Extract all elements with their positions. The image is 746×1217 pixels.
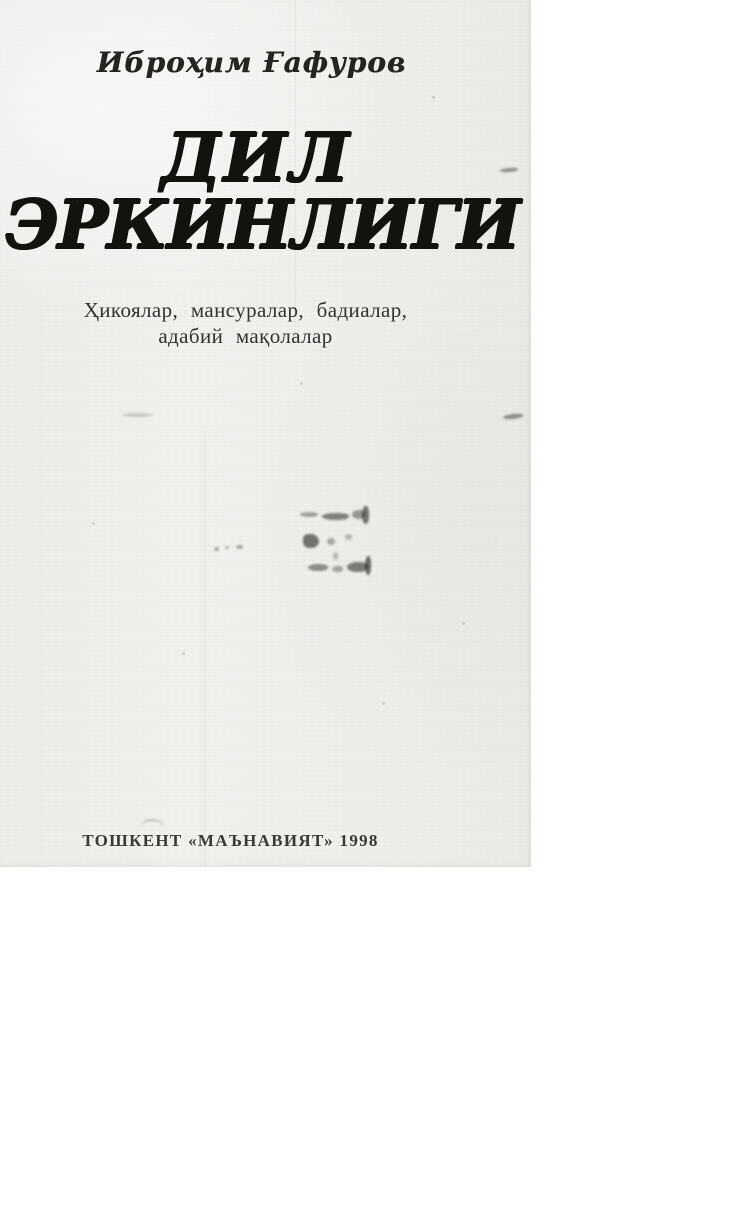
stamp-mark (303, 534, 319, 548)
paper-speck (182, 652, 185, 655)
stamp-mark (308, 564, 328, 571)
paper-speck (92, 522, 95, 525)
publisher-imprint: ТОШКЕНТ «МАЪНАВИЯТ» 1998 (0, 831, 496, 851)
stamp-mark (345, 534, 352, 540)
stamp-mark (214, 547, 219, 551)
stamp-mark (225, 546, 229, 549)
stamp-mark (322, 513, 349, 520)
paper-speck (462, 622, 465, 625)
stamp-mark (300, 512, 318, 517)
edge-smudge (503, 413, 523, 420)
stamp-mark (365, 556, 371, 575)
stamp-mark (332, 566, 343, 572)
stamp-mark (333, 552, 338, 560)
scan-canvas: { "document": { "author": "Иброҳим Ғафур… (0, 0, 746, 1217)
faint-curve (140, 819, 164, 828)
scanned-book-title-page: Иброҳим Ғафуров ДИЛ ЭРКИНЛИГИ Ҳикоялар, … (0, 0, 531, 867)
paper-speck (382, 702, 385, 705)
stamp-mark (327, 538, 335, 545)
paper-crease (204, 430, 206, 867)
faint-streak (122, 413, 152, 417)
stamp-mark (236, 545, 243, 549)
edge-smudge (500, 167, 518, 172)
stamp-mark (362, 506, 369, 524)
illegible-stamp-marks (0, 0, 531, 867)
paper-speck (76, 200, 79, 203)
paper-speck (432, 96, 435, 99)
paper-speck (300, 382, 303, 385)
paper-crease (294, 0, 296, 340)
paper-speck (236, 66, 239, 69)
